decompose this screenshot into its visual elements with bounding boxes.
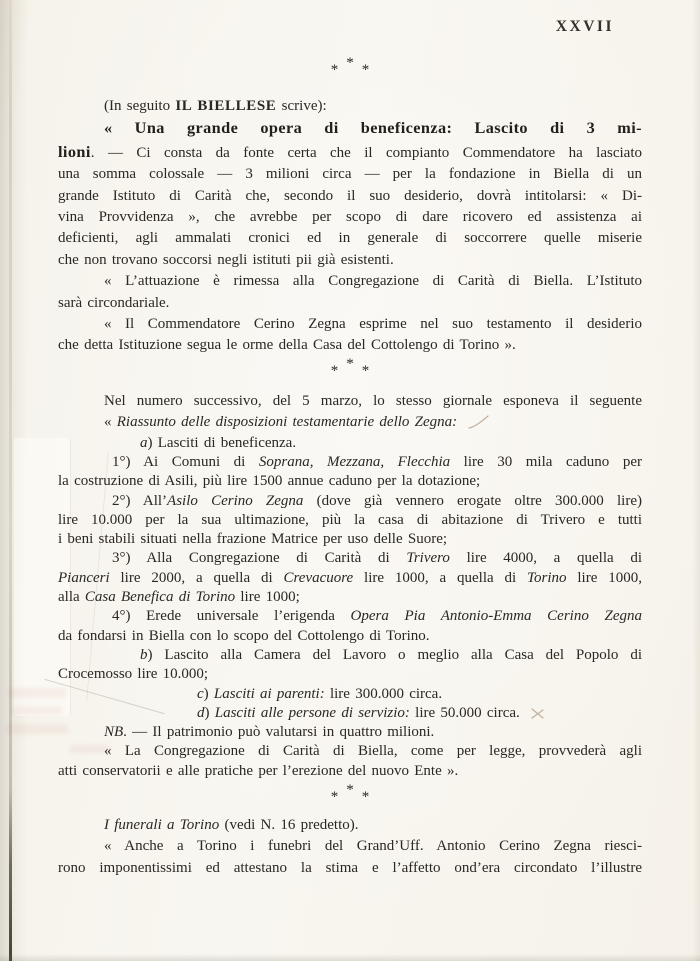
- text-run: (In seguito: [104, 98, 175, 114]
- text-run: Crevacuore: [284, 570, 354, 586]
- item-d: d) Lasciti alle persone di servizio: lir…: [58, 704, 642, 723]
- text-line: una somma colossale — 3 milioni circa — …: [58, 164, 642, 185]
- text-run: i beni stabili situati nella frazione Ma…: [58, 531, 447, 547]
- text-line: vina Provvidenza », che avrebbe per scop…: [58, 207, 642, 228]
- text-run: 3°) Alla Congregazione di Carità di: [112, 550, 406, 566]
- item-c: c) Lasciti ai parenti: lire 300.000 circ…: [58, 685, 642, 704]
- text-line: 2°) All’Asilo Cerino Zegna (dove già ven…: [58, 492, 642, 511]
- text-run: . — Il patrimonio può valutarsi in quatt…: [123, 724, 434, 740]
- text-line: « La Congregazione di Carità di Biella, …: [58, 742, 642, 761]
- text-run: 2°) All’: [112, 493, 167, 509]
- text-run: «: [104, 414, 117, 430]
- text-run: Trivero: [406, 550, 450, 566]
- text-line: da fondarsi in Biella con lo scopo del C…: [58, 627, 642, 646]
- funerali-line: I funerali a Torino (vedi N. 16 predetto…: [58, 815, 642, 836]
- text-run: grande Istituto di Carità che, secondo i…: [58, 188, 642, 204]
- text-line: NB. — Il patrimonio può valutarsi in qua…: [58, 723, 642, 742]
- text-run: sarà circondariale.: [58, 295, 169, 311]
- text-run: Lasciti alle persone di servizio:: [215, 705, 410, 721]
- text-run: « Anche a Torino i funebri del Grand’Uff…: [104, 838, 642, 854]
- item-2: 2°) All’Asilo Cerino Zegna (dove già ven…: [58, 492, 642, 550]
- text-run: Soprana, Mezzana, Flecchia: [259, 454, 450, 470]
- text-run: Opera Pia Antonio-Emma Cerino Zegna: [351, 608, 642, 624]
- text-run: b: [140, 647, 148, 663]
- text-line: sarà circondariale.: [58, 293, 642, 314]
- text-run: lioni: [58, 142, 91, 161]
- asterism-low: ***: [58, 783, 642, 813]
- asterism-mid: ***: [58, 357, 642, 387]
- text-run: che non trovano soccorsi negli istituti …: [58, 252, 394, 268]
- text-line: alla Casa Benefica di Torino lire 1000;: [58, 588, 642, 607]
- asterism-top: ***: [58, 56, 642, 86]
- text-run: ): [205, 705, 215, 721]
- riassunto-paragraph: Nel numero successivo, del 5 marzo, lo s…: [58, 391, 642, 434]
- nb-line: NB. — Il patrimonio può valutarsi in qua…: [58, 723, 642, 742]
- asterisk-glyph: *: [362, 363, 370, 380]
- intro-line: (In seguito IL BIELLESE scrive):: [58, 96, 642, 117]
- text-line: atti conservatorii e alle pratiche per l…: [58, 762, 642, 781]
- asterisk-glyph: *: [346, 55, 354, 72]
- text-column: ***(In seguito IL BIELLESE scrive):« Una…: [58, 56, 642, 879]
- text-line: I funerali a Torino (vedi N. 16 predetto…: [58, 815, 642, 836]
- text-run: IL BIELLESE: [175, 98, 276, 114]
- text-run: NB: [104, 724, 123, 740]
- asterisk-glyph: *: [331, 789, 339, 806]
- text-run: Asilo Cerino Zegna: [167, 493, 303, 509]
- text-line: deficienti, agli ammalati cronici ed in …: [58, 228, 642, 249]
- attuazione-paragraph: « L’attuazione è rimessa alla Congregazi…: [58, 271, 642, 314]
- text-run: Casa Benefica di Torino: [85, 589, 235, 605]
- text-run: rono imponentissimi ed attestano la stim…: [58, 860, 642, 876]
- asterisk-glyph: *: [362, 62, 370, 79]
- page-number: XXVII: [556, 18, 614, 36]
- text-run: 4°) Erede universale l’erigenda: [112, 608, 351, 624]
- text-run: lire 10.000 per la sua ultimazione, più …: [58, 512, 642, 528]
- text-run: lire 30 mila caduno per: [450, 454, 642, 470]
- text-line: rono imponentissimi ed attestano la stim…: [58, 858, 642, 879]
- binding-edge-line: [9, 0, 12, 961]
- headline-paragraph: « Una grande opera di beneficenza: Lasci…: [58, 117, 642, 271]
- text-run: una somma colossale — 3 milioni circa — …: [58, 166, 642, 182]
- asterisk-glyph: *: [346, 782, 354, 799]
- text-line: « Il Commendatore Cerino Zegna esprime n…: [58, 314, 642, 335]
- text-line: grande Istituto di Carità che, secondo i…: [58, 186, 642, 207]
- commendatore-paragraph: « Il Commendatore Cerino Zegna esprime n…: [58, 314, 642, 357]
- text-run: ): [204, 686, 214, 702]
- text-line: c) Lasciti ai parenti: lire 300.000 circ…: [58, 685, 642, 704]
- ink-showthrough: [12, 706, 62, 715]
- text-run: . — Ci consta da fonte certa che il comp…: [91, 145, 642, 161]
- text-line: d) Lasciti alle persone di servizio: lir…: [58, 704, 642, 723]
- text-run: alla: [58, 589, 85, 605]
- text-line: (In seguito IL BIELLESE scrive):: [58, 96, 642, 117]
- text-line: 4°) Erede universale l’erigenda Opera Pi…: [58, 607, 642, 626]
- text-run: c: [197, 686, 204, 702]
- text-run: ) Lasciti di beneficenza.: [148, 435, 297, 451]
- text-run: atti conservatorii e alle pratiche per l…: [58, 763, 458, 779]
- text-run: d: [197, 705, 205, 721]
- text-run: Riassunto delle disposizioni testamentar…: [117, 414, 457, 430]
- text-line: la costruzione di Asili, più lire 1500 a…: [58, 472, 642, 491]
- text-line: a) Lasciti di beneficenza.: [58, 434, 642, 453]
- text-run: Nel numero successivo, del 5 marzo, lo s…: [104, 393, 642, 409]
- text-line: lire 10.000 per la sua ultimazione, più …: [58, 511, 642, 530]
- scanned-page: XXVII ***(In seguito IL BIELLESE scrive)…: [0, 0, 700, 961]
- asterisk-glyph: *: [362, 789, 370, 806]
- pencil-x-mark: [530, 707, 545, 720]
- anche-paragraph: « Anche a Torino i funebri del Grand’Uff…: [58, 836, 642, 879]
- text-run: lire 4000, a quella di: [450, 550, 642, 566]
- text-run: (dove già vennero erogate oltre 300.000 …: [303, 493, 642, 509]
- text-line: « Riassunto delle disposizioni testament…: [58, 412, 642, 433]
- text-run: lire 1000,: [567, 570, 642, 586]
- text-run: Pianceri: [58, 570, 110, 586]
- text-run: « La Congregazione di Carità di Biella, …: [104, 743, 642, 759]
- text-run: lire 2000, a quella di: [110, 570, 284, 586]
- text-line: lioni. — Ci consta da fonte certa che il…: [58, 141, 642, 164]
- text-run: « Una grande opera di beneficenza: Lasci…: [104, 118, 642, 137]
- text-line: 1°) Ai Comuni di Soprana, Mezzana, Flecc…: [58, 453, 642, 472]
- pencil-check-mark: [467, 414, 491, 431]
- item-a: a) Lasciti di beneficenza.: [58, 434, 642, 453]
- text-run: ) Lascito alla Camera del Lavoro o megli…: [148, 647, 643, 663]
- text-run: lire 1000;: [235, 589, 300, 605]
- item-b: b) Lascito alla Camera del Lavoro o megl…: [58, 646, 642, 685]
- text-run: che detta Istituzione segua le orme dell…: [58, 337, 516, 353]
- text-line: 3°) Alla Congregazione di Carità di Triv…: [58, 549, 642, 568]
- text-run: (vedi N. 16 predetto).: [219, 817, 358, 833]
- text-line: Nel numero successivo, del 5 marzo, lo s…: [58, 391, 642, 412]
- text-line: « Anche a Torino i funebri del Grand’Uff…: [58, 836, 642, 857]
- text-run: a: [140, 435, 148, 451]
- text-line: b) Lascito alla Camera del Lavoro o megl…: [58, 646, 642, 665]
- text-line: « Una grande opera di beneficenza: Lasci…: [58, 117, 642, 140]
- item-4: 4°) Erede universale l’erigenda Opera Pi…: [58, 607, 642, 646]
- text-run: « Il Commendatore Cerino Zegna esprime n…: [104, 316, 642, 332]
- text-run: lire 1000, a quella di: [353, 570, 527, 586]
- text-run: deficienti, agli ammalati cronici ed in …: [58, 230, 642, 246]
- text-run: da fondarsi in Biella con lo scopo del C…: [58, 628, 430, 644]
- item-1: 1°) Ai Comuni di Soprana, Mezzana, Flecc…: [58, 453, 642, 492]
- asterisk-glyph: *: [346, 356, 354, 373]
- text-line: che non trovano soccorsi negli istituti …: [58, 250, 642, 271]
- text-run: Lasciti ai parenti:: [214, 686, 325, 702]
- item-3: 3°) Alla Congregazione di Carità di Triv…: [58, 549, 642, 607]
- text-run: 1°) Ai Comuni di: [112, 454, 259, 470]
- text-run: Torino: [527, 570, 566, 586]
- bottom-edge-shadow: [0, 954, 700, 961]
- asterisk-glyph: *: [331, 62, 339, 79]
- text-run: lire 300.000 circa.: [325, 686, 442, 702]
- text-run: scrive):: [276, 98, 326, 114]
- text-run: I funerali a Torino: [104, 817, 219, 833]
- text-run: « L’attuazione è rimessa alla Congregazi…: [104, 273, 642, 289]
- text-run: lire 50.000 circa.: [410, 705, 520, 721]
- text-line: Pianceri lire 2000, a quella di Crevacuo…: [58, 569, 642, 588]
- asterisk-glyph: *: [331, 363, 339, 380]
- text-line: « L’attuazione è rimessa alla Congregazi…: [58, 271, 642, 292]
- text-run: la costruzione di Asili, più lire 1500 a…: [58, 473, 480, 489]
- text-run: Crocemosso lire 10.000;: [58, 666, 208, 682]
- text-run: vina Provvidenza », che avrebbe per scop…: [58, 209, 642, 225]
- congregazione-paragraph: « La Congregazione di Carità di Biella, …: [58, 742, 642, 781]
- text-line: i beni stabili situati nella frazione Ma…: [58, 530, 642, 549]
- text-line: Crocemosso lire 10.000;: [58, 665, 642, 684]
- right-edge-shadow: [692, 0, 700, 961]
- text-line: che detta Istituzione segua le orme dell…: [58, 335, 642, 356]
